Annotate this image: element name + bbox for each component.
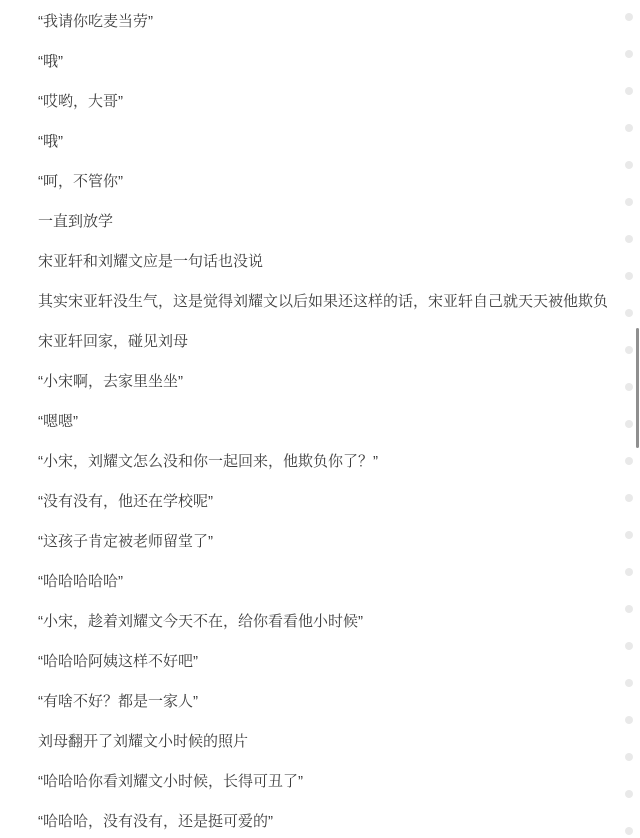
scrollbar-thumb[interactable] xyxy=(636,328,639,448)
scroll-dot xyxy=(625,494,633,502)
paragraph: “呵，不管你” xyxy=(38,162,596,202)
scroll-dot xyxy=(625,235,633,243)
paragraph: “哈哈哈，没有没有，还是挺可爱的” xyxy=(38,802,596,838)
scroll-dot xyxy=(625,272,633,280)
scroll-dot xyxy=(625,568,633,576)
paragraph: 宋亚轩和刘耀文应是一句话也没说 xyxy=(38,242,596,282)
paragraph: “有啥不好？都是一家人” xyxy=(38,682,596,722)
paragraph: “哦” xyxy=(38,122,596,162)
paragraph: 宋亚轩回家，碰见刘母 xyxy=(38,322,596,362)
scroll-dot xyxy=(625,790,633,798)
scroll-dot xyxy=(625,198,633,206)
paragraph: “哈哈哈你看刘耀文小时候，长得可丑了” xyxy=(38,762,596,802)
paragraph: “没有没有，他还在学校呢” xyxy=(38,482,596,522)
paragraph: 一直到放学 xyxy=(38,202,596,242)
paragraph: “我请你吃麦当劳” xyxy=(38,2,596,42)
scroll-dot-track xyxy=(625,0,633,838)
scroll-dot xyxy=(625,420,633,428)
scroll-dot xyxy=(625,605,633,613)
paragraph: “嗯嗯” xyxy=(38,402,596,442)
scroll-dot xyxy=(625,124,633,132)
scroll-dot xyxy=(625,679,633,687)
scroll-dot xyxy=(625,383,633,391)
scroll-dot xyxy=(625,753,633,761)
scroll-dot xyxy=(625,50,633,58)
scroll-dot xyxy=(625,827,633,835)
scroll-dot xyxy=(625,13,633,21)
scroll-dot xyxy=(625,531,633,539)
paragraph: “这孩子肯定被老师留堂了” xyxy=(38,522,596,562)
scroll-dot xyxy=(625,346,633,354)
scroll-dot xyxy=(625,716,633,724)
scroll-dot xyxy=(625,457,633,465)
story-text: “我请你吃麦当劳” “哦” “哎哟，大哥” “哦” “呵，不管你” 一直到放学 … xyxy=(38,2,596,838)
paragraph: “小宋，刘耀文怎么没和你一起回来，他欺负你了？” xyxy=(38,442,596,482)
paragraph: “哈哈哈阿姨这样不好吧” xyxy=(38,642,596,682)
paragraph: “哈哈哈哈哈” xyxy=(38,562,596,602)
paragraph: “哎哟，大哥” xyxy=(38,82,596,122)
scroll-dot xyxy=(625,309,633,317)
scroll-dot xyxy=(625,87,633,95)
paragraph: “小宋，趁着刘耀文今天不在，给你看看他小时候” xyxy=(38,602,596,642)
scroll-dot xyxy=(625,161,633,169)
paragraph: 刘母翻开了刘耀文小时候的照片 xyxy=(38,722,596,762)
paragraph: 其实宋亚轩没生气，这是觉得刘耀文以后如果还这样的话，宋亚轩自己就天天被他欺负 xyxy=(38,282,596,322)
paragraph: “小宋啊，去家里坐坐” xyxy=(38,362,596,402)
paragraph: “哦” xyxy=(38,42,596,82)
scroll-dot xyxy=(625,642,633,650)
